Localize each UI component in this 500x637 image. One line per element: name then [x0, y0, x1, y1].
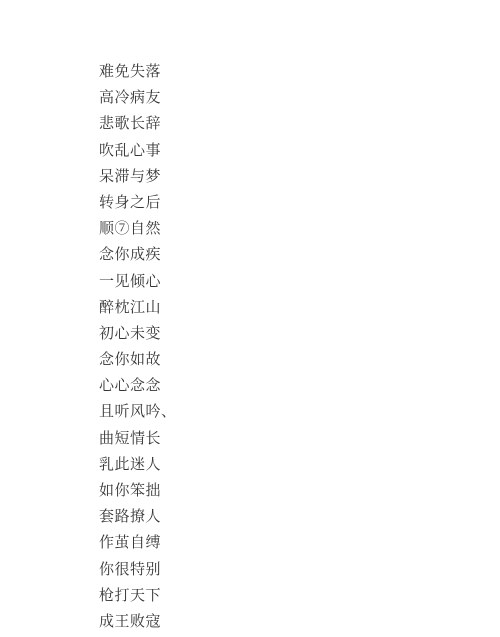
list-item: 顺⑦自然: [99, 216, 177, 242]
list-item: 心心念念: [99, 373, 177, 399]
list-item: 念你如故: [99, 347, 177, 373]
list-item: 乳此迷人: [99, 452, 177, 478]
list-item: 吹乱心事: [99, 138, 177, 164]
list-item: 成王败寇: [99, 609, 177, 635]
list-item: 悲歌长辞: [99, 111, 177, 137]
list-item: 作茧自缚: [99, 530, 177, 556]
list-item: 套路撩人: [99, 504, 177, 530]
name-list: 难免失落 高冷病友 悲歌长辞 吹乱心事 呆滞与梦 转身之后 顺⑦自然 念你成疾 …: [99, 59, 177, 635]
list-item: 你很特别: [99, 557, 177, 583]
list-item: 枪打天下: [99, 583, 177, 609]
list-item: 曲短情长: [99, 426, 177, 452]
list-item: 高冷病友: [99, 85, 177, 111]
list-item: 如你笨拙: [99, 478, 177, 504]
list-item: 初心未变: [99, 321, 177, 347]
list-item: 醉枕江山: [99, 295, 177, 321]
list-item: 念你成疾: [99, 242, 177, 268]
list-item: 转身之后: [99, 190, 177, 216]
document-page: 难免失落 高冷病友 悲歌长辞 吹乱心事 呆滞与梦 转身之后 顺⑦自然 念你成疾 …: [0, 0, 500, 637]
list-item: 且听风吟、: [99, 399, 177, 425]
list-item: 难免失落: [99, 59, 177, 85]
list-item: 一见倾心: [99, 269, 177, 295]
list-item: 呆滞与梦: [99, 164, 177, 190]
